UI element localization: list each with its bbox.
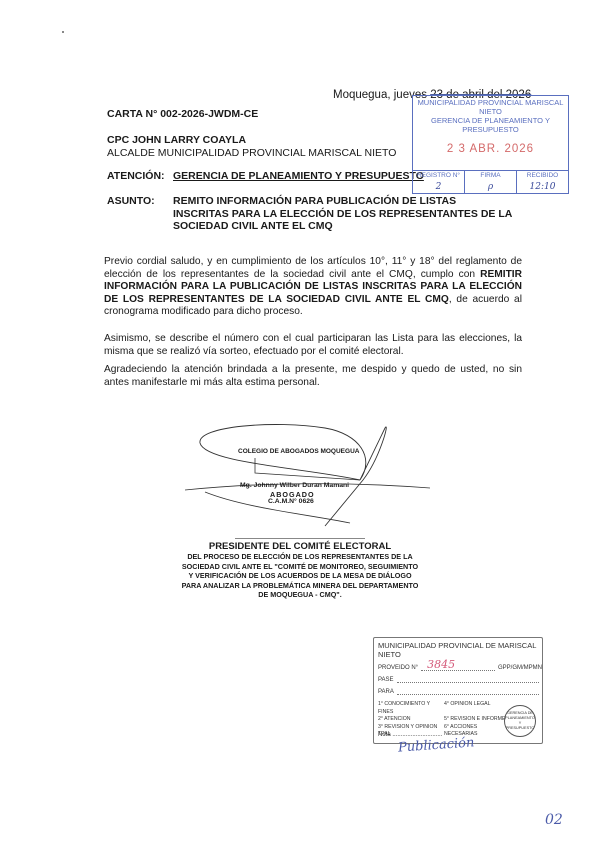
pase-row: PASE: [378, 674, 542, 683]
option-2: 2° ATENCION: [378, 716, 444, 724]
addressee-position: ALCALDE MUNICIPALIDAD PROVINCIAL MARISCA…: [107, 147, 396, 160]
body-paragraph-1: Previo cordial saludo, y en cumplimiento…: [104, 256, 522, 319]
signature-scribble: [185, 418, 430, 528]
stamp-col-firma: FIRMAρ: [465, 171, 517, 193]
registro-handwritten: 2: [413, 182, 464, 192]
option-1: 1° CONOCIMIENTO Y FINES: [378, 701, 444, 716]
body-paragraph-2: Asimismo, se describe el número con el c…: [104, 333, 522, 358]
stamp-col-recibido: RECIBIDO12:10: [517, 171, 568, 193]
option-4: 4° OPINION LEGAL: [444, 701, 510, 716]
option-5: 5° REVISION E INFORME: [444, 716, 510, 724]
proveido-header: MUNICIPALIDAD PROVINCIAL DE MARISCAL NIE…: [378, 641, 542, 659]
nota-label: Nota ..............................: [378, 732, 442, 738]
para-dots: [397, 686, 539, 695]
signatory-block: PRESIDENTE DEL COMITÉ ELECTORAL DEL PROC…: [180, 538, 420, 600]
scan-speck: [62, 31, 64, 33]
attention-label: ATENCIÓN:: [107, 170, 165, 182]
para-label: PARA: [378, 689, 394, 695]
signature-line: [235, 538, 365, 539]
stamp-line-2: GERENCIA DE PLANEAMIENTO Y: [413, 116, 568, 125]
letter-number: CARTA N° 002-2026-JWDM-CE: [107, 108, 258, 120]
proveido-row: PROVEIDO N° 3845 GPP/GM/MPMN: [378, 662, 542, 671]
registro-label: REGISTRO N°: [417, 172, 460, 179]
p1-start: Previo cordial saludo, y en cumplimiento…: [104, 256, 522, 280]
recibido-label: RECIBIDO: [527, 172, 558, 179]
stamp-col-registro: REGISTRO N°2: [413, 171, 465, 193]
proveido-number: 3845: [427, 658, 455, 671]
pase-label: PASE: [378, 677, 394, 683]
attention-value: GERENCIA DE PLANEAMIENTO Y PRESUPUESTO: [173, 170, 424, 182]
page-mark: 02: [545, 812, 563, 828]
subject-label: ASUNTO:: [107, 195, 155, 207]
subject-value: REMITO INFORMACIÓN PARA PUBLICACIÓN DE L…: [173, 195, 513, 233]
signatory-title: PRESIDENTE DEL COMITÉ ELECTORAL: [180, 541, 420, 552]
reception-stamp: MUNICIPALIDAD PROVINCIAL MARISCAL NIETO …: [412, 95, 569, 194]
stamp-line-3: PRESUPUESTO: [413, 125, 568, 134]
proveido-suffix: GPP/GM/MPMN: [498, 665, 542, 671]
proveido-dots: 3845: [421, 662, 495, 671]
body-paragraph-3: Agradeciendo la atención brindada a la p…: [104, 364, 522, 389]
recibido-handwritten: 12:10: [517, 182, 568, 192]
addressee-name: CPC JOHN LARRY COAYLA: [107, 134, 396, 147]
nota-text: Nota: [378, 732, 391, 738]
addressee-block: CPC JOHN LARRY COAYLA ALCALDE MUNICIPALI…: [107, 134, 396, 160]
para-row: PARA: [378, 686, 542, 695]
seal-registration: C.A.M.N° 0626: [268, 498, 314, 505]
seal-name: Mg. Johnny Wilber Duran Mamani: [240, 482, 349, 489]
stamp-grid: REGISTRO N°2 FIRMAρ RECIBIDO12:10: [413, 170, 568, 193]
stamp-date: 2 3 ABR. 2026: [413, 143, 568, 155]
stamp-line-1: MUNICIPALIDAD PROVINCIAL MARISCAL NIETO: [413, 98, 568, 116]
signatory-description: DEL PROCESO DE ELECCIÓN DE LOS REPRESENT…: [180, 552, 420, 600]
proveido-stamp: MUNICIPALIDAD PROVINCIAL DE MARISCAL NIE…: [373, 637, 543, 744]
gerencia-round-seal: GERENCIA DE PLANEAMIENTO Y PRESUPUESTO: [504, 705, 536, 737]
firma-handwritten: ρ: [465, 182, 516, 192]
firma-label: FIRMA: [480, 172, 500, 179]
pase-dots: [397, 674, 539, 683]
seal-colegio: COLEGIO DE ABOGADOS MOQUEGUA: [238, 448, 359, 455]
proveido-label: PROVEIDO N°: [378, 665, 418, 671]
